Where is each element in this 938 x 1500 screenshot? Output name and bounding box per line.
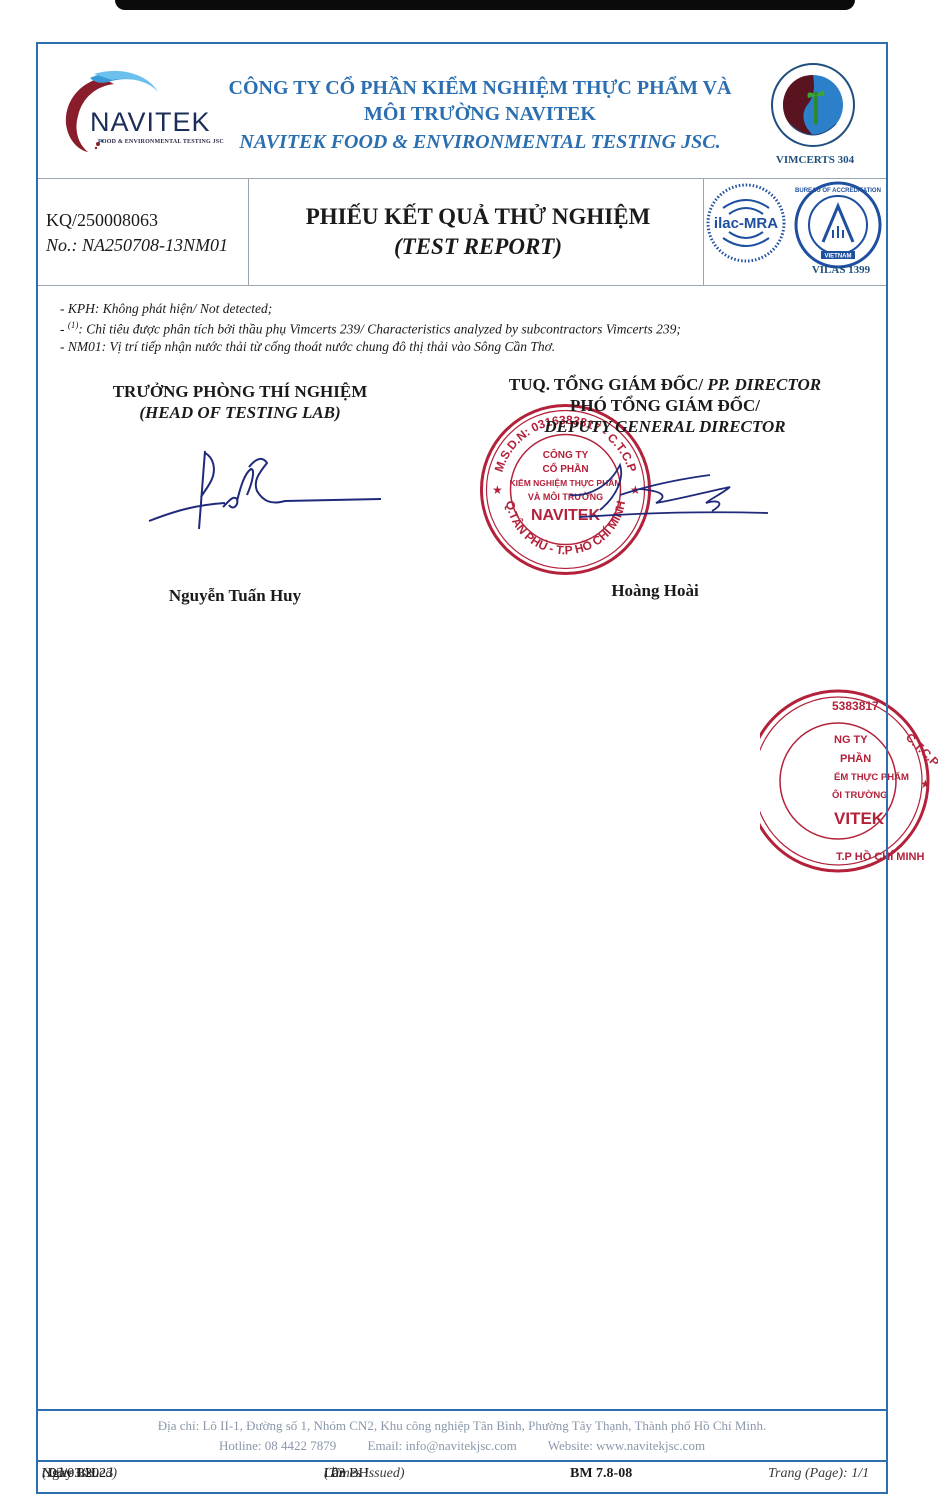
head-of-lab-title-vi: TRƯỞNG PHÒNG THÍ NGHIỆM [90, 381, 390, 402]
svg-text:★: ★ [492, 483, 503, 497]
ilac-mra-logo-icon: ilac-MRA [705, 182, 787, 264]
footer-email: Email: info@navitekjsc.com [368, 1438, 517, 1453]
footer-contact: Địa chỉ: Lô II-1, Đường số 1, Nhóm CN2, … [38, 1416, 886, 1456]
footer-website: Website: www.navitekjsc.com [548, 1438, 705, 1453]
page-number: Trang (Page): 1/1 [768, 1466, 869, 1482]
company-name-vi-line2: MÔI TRƯỜNG NAVITEK [220, 101, 740, 127]
svg-text:ÔI TRƯỜNG: ÔI TRƯỜNG [832, 789, 888, 801]
header-divider [38, 178, 886, 179]
head-of-lab-title-en: (HEAD OF TESTING LAB) [90, 402, 390, 423]
note-item: - (1): Chỉ tiêu được phân tích bởi thầu … [60, 317, 681, 338]
director-title: TUQ. TỔNG GIÁM ĐỐC/ PP. DIRECTOR PHÓ TỔN… [480, 374, 850, 437]
svg-text:PHẦN: PHẦN [840, 752, 871, 765]
boa-vietnam-logo-icon: BUREAU OF ACCREDITATION VIETNAM [793, 180, 883, 270]
svg-text:BUREAU OF ACCREDITATION: BUREAU OF ACCREDITATION [795, 188, 881, 194]
page-seal-stamp-icon: 5383817 C.T.C.P ★ NG TY PHẦN ỂM THỰC PHẨ… [760, 688, 938, 874]
svg-text:NG TY: NG TY [834, 734, 868, 746]
company-name-en: NAVITEK FOOD & ENVIRONMENTAL TESTING JSC… [220, 131, 740, 154]
footer-contact-line: Hotline: 08 4422 7879 Email: info@navite… [38, 1436, 886, 1456]
footer-divider [38, 1409, 886, 1411]
notes-section: - KPH: Không phát hiện/ Not detected; - … [60, 300, 681, 355]
report-title: PHIẾU KẾT QUẢ THỬ NGHIỆM [258, 204, 698, 230]
svg-text:5383817: 5383817 [832, 699, 879, 713]
vimcerts-logo-icon [770, 62, 856, 148]
title-col-divider-left [248, 178, 249, 285]
head-of-lab-signature-icon [145, 445, 385, 535]
logo-wordmark: NAVITEK [90, 107, 211, 138]
title-divider [38, 285, 886, 286]
director-title-line3: DEPUTY GENERAL DIRECTOR [480, 416, 850, 437]
footer-hotline: Hotline: 08 4422 7879 [219, 1438, 336, 1453]
frame-right-edge [886, 42, 888, 1494]
report-subtitle: (TEST REPORT) [258, 234, 698, 260]
head-of-lab-name: Nguyễn Tuấn Huy [130, 586, 340, 606]
director-name: Hoàng Hoài [585, 581, 725, 601]
svg-text:VITEK: VITEK [834, 809, 885, 828]
title-col-divider-right [703, 178, 704, 285]
company-name-vi: CÔNG TY CỔ PHẦN KIỂM NGHIỆM THỰC PHẨM VÀ… [220, 75, 740, 127]
svg-text:T.P HỒ CHÍ MINH: T.P HỒ CHÍ MINH [836, 850, 924, 863]
footer-row-divider [38, 1460, 886, 1462]
director-title-line1: TUQ. TỔNG GIÁM ĐỐC/ PP. DIRECTOR [480, 374, 850, 395]
vimcerts-label: VIMCERTS 304 [765, 154, 865, 166]
footer-address: Địa chỉ: Lô II-1, Đường số 1, Nhóm CN2, … [38, 1416, 886, 1436]
svg-text:ỂM THỰC PHẨM: ỂM THỰC PHẨM [834, 771, 909, 783]
vilas-label: VILAS 1399 [796, 264, 886, 276]
report-number: No.: NA250708-13NM01 [46, 235, 228, 256]
company-name-vi-line1: CÔNG TY CỔ PHẦN KIỂM NGHIỆM THỰC PHẨM VÀ [220, 75, 740, 101]
note-item: - NM01: Vị trí tiếp nhận nước thải từ cố… [60, 338, 681, 355]
form-code: BM 7.8-08 [570, 1466, 632, 1482]
director-title-line2: PHÓ TỔNG GIÁM ĐỐC/ [480, 395, 850, 416]
note-item: - KPH: Không phát hiện/ Not detected; [60, 300, 681, 317]
scan-edge-shadow [115, 0, 855, 10]
director-signature-icon [560, 455, 775, 530]
svg-text:★: ★ [920, 777, 931, 791]
svg-text:ilac-MRA: ilac-MRA [714, 215, 778, 232]
logo-tagline: FOOD & ENVIRONMENTAL TESTING JSC [98, 139, 224, 145]
head-of-lab-title: TRƯỞNG PHÒNG THÍ NGHIỆM (HEAD OF TESTING… [90, 381, 390, 423]
kq-number: KQ/250008063 [46, 210, 158, 231]
svg-text:VIETNAM: VIETNAM [825, 254, 852, 260]
